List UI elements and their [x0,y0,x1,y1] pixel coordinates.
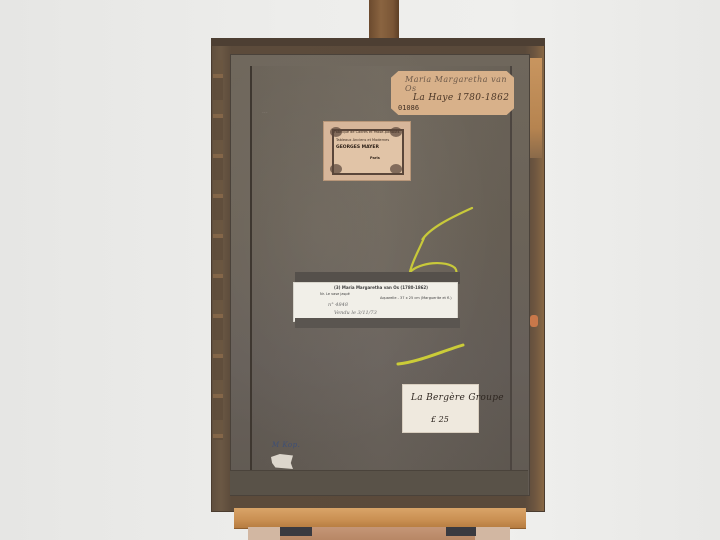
dealer-name: GEORGES MAYER [336,145,379,150]
artist-name: Maria Margaretha van Os [405,75,514,93]
catalogue-header: (3) Maria Margaretha van Os (1780-1862) [334,285,428,290]
inventory-code: 01086 [398,104,419,112]
catalogue-dimensions: Aquarelle - 37 x 25 cm (Marguerite et fl… [380,296,452,300]
blue-ink-mark: M Kop. [272,441,300,449]
frame-chip [530,315,538,327]
artist-place-dates: La Haye 1780-1862 [413,93,509,103]
frame-left-wear [213,60,223,440]
dealer-line1: Fabrique de Cadres et Passe-partouts [334,130,399,134]
handwritten-title: La Bergère Groupe [411,393,504,403]
catalogue-ref: Nr. Le vase jaspé [320,292,350,296]
handwritten-label: La Bergère Groupe £ 25 [402,384,479,433]
dealer-label: Fabrique de Cadres et Passe-partouts Tab… [323,121,411,181]
dealer-line2: Tableaux Anciens et Modernes [336,138,389,142]
catalogue-handwritten-number: n° 4848 [328,302,348,308]
easel-leg-left [248,527,280,540]
backing-bottom-strip [230,470,528,495]
frame-exposed-wood [528,58,542,158]
tape-bottom [295,318,460,328]
catalogue-label: (3) Maria Margaretha van Os (1780-1862) … [293,282,458,322]
easel-clamp-right [446,527,476,536]
ornament-icon [330,164,342,174]
easel-clamp-left [280,527,312,536]
easel-mast [369,0,399,42]
catalogue-handwritten-sale: Vendu le 3/11/73 [334,310,377,316]
easel-leg-right [475,527,510,540]
pencil-mark: ... [262,108,268,115]
ornament-icon [390,164,402,174]
handwritten-price: £ 25 [431,415,449,424]
frame-top-edge [211,38,545,46]
dealer-city: Paris [370,156,380,160]
easel-shelf [234,508,526,529]
